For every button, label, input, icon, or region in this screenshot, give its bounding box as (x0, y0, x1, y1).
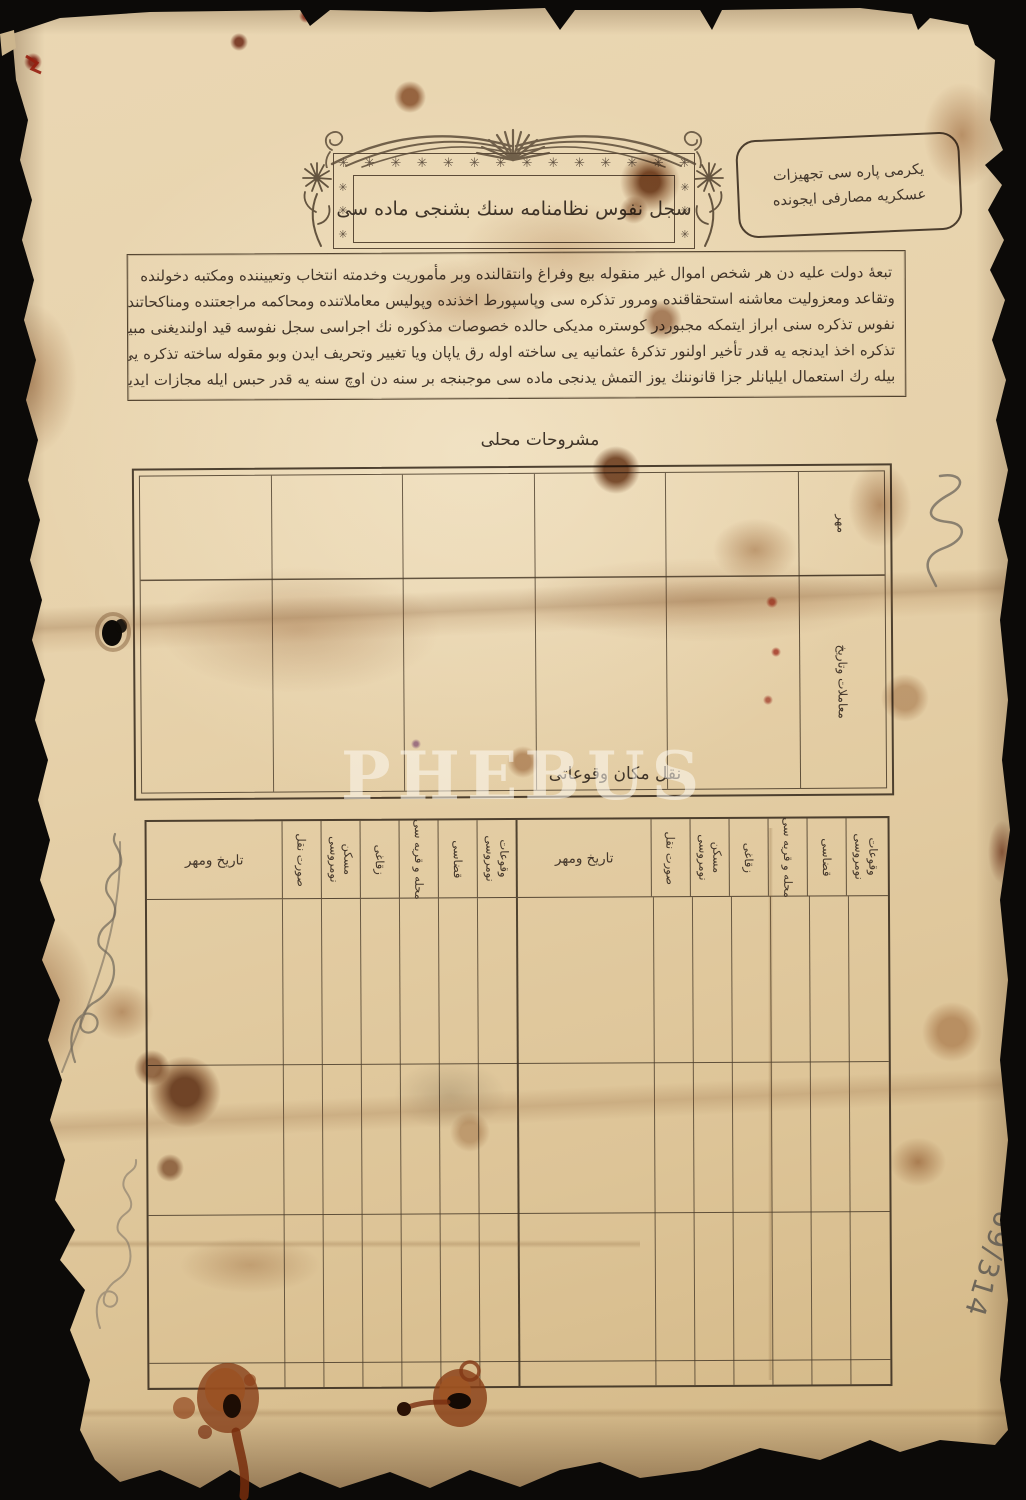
col-label-dwelling-no: مسكن نومروسى (695, 834, 724, 881)
col-label-event-no-line1: وقوعات (497, 839, 512, 877)
table1-label-column: مهر معاملات وتاريخ (798, 471, 886, 788)
daisy-flower-ornament-right (690, 150, 726, 250)
col-label-date-seal: تاريخ ومهر (555, 850, 614, 866)
col-label-event-no-line2: نومروسى (482, 835, 497, 881)
header-cell-district: قضاسى (438, 820, 477, 897)
col-label-dwelling-no-line1: مسكن (341, 844, 356, 876)
fee-stamp-box: يكرمى پاره سى تجهيزات عسكريه مصارفى ايجو… (735, 131, 963, 239)
header-cell-street: زقاغى (360, 821, 399, 898)
archive-number-annotation: 69/314 (955, 1206, 1022, 1330)
header-cell-transfer-form: صورت نقل (282, 821, 321, 898)
col-label-dwelling-no-line2: نومروسى (326, 836, 341, 882)
paragraph-line: وتقاعد ومعزوليت معاشنه استحقاقنده ومرور … (138, 285, 895, 315)
header-cell-transfer-form: صورت نقل (651, 819, 690, 896)
header-cell-district: قضاسى (807, 818, 846, 895)
header-cell-dwelling-no: مسكن نومروسى (690, 819, 729, 896)
document-photo: ✳✳✳✳✳✳✳ ✳✳✳✳✳✳✳ ✳✳✳ ✳✳✳ سجل نفوس نظامنام… (0, 0, 1026, 1500)
header-cell-street: زقاغى (729, 819, 768, 896)
col-label-dwelling-no-line2: نومروسى (695, 834, 710, 880)
daisy-flower-ornament-left (300, 150, 336, 250)
col-label-event-no: وقوعات نومروسى (851, 833, 880, 880)
col-label-dwelling-no: مسكن نومروسى (326, 836, 355, 883)
col-label-transfer-form: صورت نقل (295, 833, 309, 887)
paragraph-line: نفوس تذكره سنى ابراز ايتمكه مجبوردر كوست… (138, 311, 895, 341)
header-cell-dwelling-no: مسكن نومروسى (321, 821, 360, 898)
col-label-quarter-village: محله و قريه سى (412, 819, 426, 900)
table2-body-grid (147, 896, 891, 1388)
paragraph-line: بيله رك استعمال ايليانلر جزا قانوننك يوز… (138, 363, 895, 393)
col-label-quarter-village: محله و قريه سى (781, 817, 795, 898)
row-label-transactions-date: معاملات وتاريخ (836, 645, 851, 719)
col-label-event-no-line1: وقوعات (866, 838, 881, 876)
table1-row2-label-cell: معاملات وتاريخ (800, 575, 886, 788)
col-label-district: قضاسى (820, 838, 834, 876)
section2-heading: نقل مكان وقوعاتى (535, 764, 695, 784)
col-label-dwelling-no-line1: مسكن (710, 842, 725, 874)
header-cell-event-no: وقوعات نومروسى (846, 818, 885, 895)
stamp-line-1: يكرمى پاره سى تجهيزات (752, 160, 945, 184)
table1-grid-lines (140, 471, 886, 792)
header-cell-quarter-village: محله و قريه سى (768, 818, 807, 895)
header-cell-event-no: وقوعات نومروسى (477, 820, 516, 897)
header-cell-quarter-village: محله و قريه سى (399, 820, 438, 897)
masthead-title-box: سجل نفوس نظامنامه سنك بشنجى ماده سى (353, 175, 675, 243)
header-cell-date-seal: تاريخ ومهر (516, 819, 651, 897)
regulation-paragraph-box: تبعهٔ دولت عليه دن هر شخص اموال غير منقو… (127, 250, 907, 401)
table1-row1-label-cell: مهر (799, 471, 885, 576)
col-label-transfer-form: صورت نقل (664, 831, 678, 885)
col-label-street: زقاغى (373, 844, 387, 874)
col-label-event-no: وقوعات نومروسى (482, 835, 511, 882)
paragraph-line: تبعهٔ دولت عليه دن هر شخص اموال غير منقو… (138, 259, 895, 289)
local-annotations-table: مهر معاملات وتاريخ (132, 463, 894, 800)
stamp-line-2: عسكريه مصارفى ايجونده (753, 185, 946, 209)
table2-header-row: تاريخ ومهر صورت نقل مسكن نومروسى زقاغى م… (147, 818, 888, 900)
relocation-events-table: تاريخ ومهر صورت نقل مسكن نومروسى زقاغى م… (145, 816, 893, 1390)
section1-heading: مشروحات محلى (455, 430, 625, 450)
paragraph-line: تذكره اخذ ايدنجه يه قدر تأخير اولنور تذك… (138, 337, 895, 367)
col-label-street: زقاغى (742, 842, 756, 872)
rosette-border-top: ✳✳✳✳✳✳✳ ✳✳✳✳✳✳✳ (338, 155, 690, 173)
col-label-district: قضاسى (451, 840, 465, 878)
header-cell-date-seal: تاريخ ومهر (147, 821, 282, 899)
row-label-seal: مهر (835, 514, 849, 533)
col-label-date-seal: تاريخ ومهر (185, 852, 244, 868)
document-title: سجل نفوس نظامنامه سنك بشنجى ماده سى (336, 198, 691, 220)
fold-crease (0, 1408, 1026, 1418)
table1-inner-border: مهر معاملات وتاريخ (139, 470, 887, 793)
masthead-frame: ✳✳✳✳✳✳✳ ✳✳✳✳✳✳✳ ✳✳✳ ✳✳✳ سجل نفوس نظامنام… (333, 153, 695, 249)
paper-sheet: ✳✳✳✳✳✳✳ ✳✳✳✳✳✳✳ ✳✳✳ ✳✳✳ سجل نفوس نظامنام… (0, 0, 1026, 1500)
col-label-event-no-line2: نومروسى (851, 833, 866, 879)
